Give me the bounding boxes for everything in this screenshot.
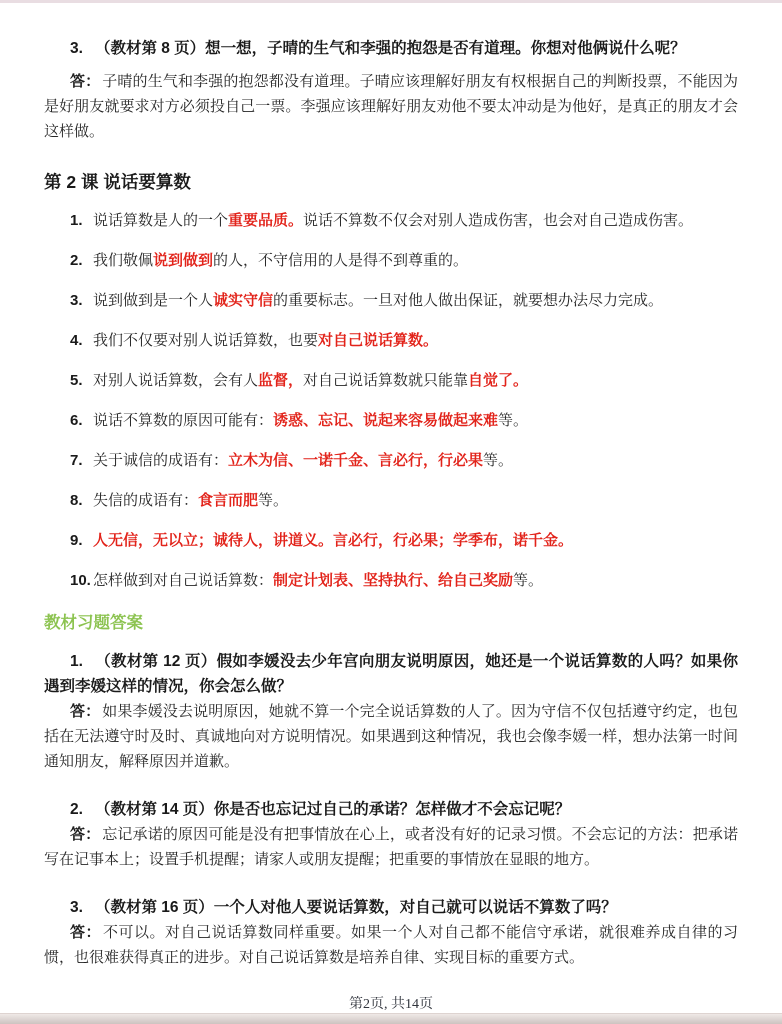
point-number: 2. xyxy=(70,251,93,270)
key-point: 9.人无信，无以立；诚待人，讲道义。言必行，行必果；学季布，诺千金。 xyxy=(44,531,738,551)
section-title-exercise-answers: 教材习题答案 xyxy=(44,611,738,635)
document-page: 3.（教材第 8 页）想一想，子晴的生气和李强的抱怨是否有道理。你想对他俩说什么… xyxy=(0,0,782,1015)
point-text: 等。 xyxy=(498,413,528,429)
point-number: 7. xyxy=(70,451,93,470)
question-body: （教材第 8 页）想一想，子晴的生气和李强的抱怨是否有道理。你想对他俩说什么呢？ xyxy=(95,40,686,57)
question-text: 3.（教材第 8 页）想一想，子晴的生气和李强的抱怨是否有道理。你想对他俩说什么… xyxy=(44,36,738,61)
key-point: 10.怎样做到对自己说话算数：制定计划表、坚持执行、给自己奖励等。 xyxy=(44,571,738,591)
key-point: 6.说话不算数的原因可能有：诱惑、忘记、说起来容易做起来难等。 xyxy=(44,411,738,431)
point-number: 5. xyxy=(70,371,93,390)
point-text: 的重要标志。一旦对他人做出保证，就要想办法尽力完成。 xyxy=(273,293,663,309)
highlighted-text: 人无信，无以立；诚待人，讲道义。言必行，行必果；学季布，诺千金。 xyxy=(93,532,573,549)
answer-label: 答： xyxy=(70,924,101,941)
highlighted-text: 食言而肥 xyxy=(198,492,258,509)
question-number: 1. xyxy=(70,653,83,670)
point-number: 3. xyxy=(70,291,93,310)
point-number: 6. xyxy=(70,411,93,430)
point-text: 等。 xyxy=(513,573,543,589)
qa-block: 3.（教材第 16 页）一个人对他人要说话算数，对自己就可以说话不算数了吗？答：… xyxy=(44,895,738,971)
key-point: 2.我们敬佩说到做到的人，不守信用的人是得不到尊重的。 xyxy=(44,251,738,271)
qa-block: 2.（教材第 14 页）你是否也忘记过自己的承诺？怎样做才不会忘记呢？答：忘记承… xyxy=(44,797,738,873)
question-text: 1.（教材第 12 页）假如李媛没去少年宫向朋友说明原因，她还是一个说话算数的人… xyxy=(44,649,738,699)
point-text: 我们敬佩 xyxy=(93,253,153,269)
point-text: 失信的成语有： xyxy=(93,493,198,509)
point-number: 8. xyxy=(70,491,93,510)
key-point: 8.失信的成语有：食言而肥等。 xyxy=(44,491,738,511)
answer-text: 答：子晴的生气和李强的抱怨都没有道理。子晴应该理解好朋友有权根据自己的判断投票，… xyxy=(44,69,738,145)
highlighted-text: 立木为信、一诺千金、言必行，行必果 xyxy=(228,452,483,469)
point-text: 怎样做到对自己说话算数： xyxy=(93,573,273,589)
question-text: 2.（教材第 14 页）你是否也忘记过自己的承诺？怎样做才不会忘记呢？ xyxy=(44,797,738,822)
point-text: 我们不仅要对别人说话算数，也要 xyxy=(93,333,318,349)
answer-body: 子晴的生气和李强的抱怨都没有道理。子晴应该理解好朋友有权根据自己的判断投票，不能… xyxy=(44,74,738,140)
lesson-title: 第 2 课 说话要算数 xyxy=(44,169,738,195)
question-text: 3.（教材第 16 页）一个人对他人要说话算数，对自己就可以说话不算数了吗？ xyxy=(44,895,738,920)
answer-label: 答： xyxy=(70,73,100,90)
highlighted-text: 重要品质。 xyxy=(228,212,303,229)
highlighted-text: 自觉了。 xyxy=(468,372,528,389)
answer-label: 答： xyxy=(70,703,100,720)
qa-block-prev-lesson: 3.（教材第 8 页）想一想，子晴的生气和李强的抱怨是否有道理。你想对他俩说什么… xyxy=(44,36,738,145)
answer-text: 答：如果李媛没去说明原因，她就不算一个完全说话算数的人了。因为守信不仅包括遵守约… xyxy=(44,699,738,775)
point-text: 说到做到是一个人 xyxy=(93,293,213,309)
highlighted-text: 诚实守信 xyxy=(213,292,273,309)
exercise-qa-list: 1.（教材第 12 页）假如李媛没去少年宫向朋友说明原因，她还是一个说话算数的人… xyxy=(44,649,738,971)
point-number: 10. xyxy=(70,571,93,590)
point-text: 等。 xyxy=(483,453,513,469)
highlighted-text: 说到做到 xyxy=(153,252,213,269)
key-point: 7.关于诚信的成语有：立木为信、一诺千金、言必行，行必果等。 xyxy=(44,451,738,471)
point-text: 的人，不守信用的人是得不到尊重的。 xyxy=(213,253,468,269)
point-text: 对别人说话算数，会有人 xyxy=(93,373,258,389)
point-text: 等。 xyxy=(258,493,288,509)
point-text: 说话算数是人的一个 xyxy=(93,213,228,229)
point-number: 1. xyxy=(70,211,93,230)
highlighted-text: 制定计划表、坚持执行、给自己奖励 xyxy=(273,572,513,589)
point-text: 对自己说话算数就只能靠 xyxy=(303,373,468,389)
point-number: 4. xyxy=(70,331,93,350)
question-number: 3. xyxy=(70,899,83,916)
key-point: 3.说到做到是一个人诚实守信的重要标志。一旦对他人做出保证，就要想办法尽力完成。 xyxy=(44,291,738,311)
highlighted-text: 监督， xyxy=(258,372,303,389)
key-point: 4.我们不仅要对别人说话算数，也要对自己说话算数。 xyxy=(44,331,738,351)
qa-block: 1.（教材第 12 页）假如李媛没去少年宫向朋友说明原因，她还是一个说话算数的人… xyxy=(44,649,738,775)
page-number-footer: 第2页, 共14页 xyxy=(44,995,738,1015)
highlighted-text: 对自己说话算数。 xyxy=(318,332,438,349)
key-points-list: 1.说话算数是人的一个重要品质。说话不算数不仅会对别人造成伤害，也会对自己造成伤… xyxy=(44,211,738,591)
answer-text: 答：忘记承诺的原因可能是没有把事情放在心上，或者没有好的记录习惯。不会忘记的方法… xyxy=(44,822,738,873)
question-number: 2. xyxy=(70,801,83,818)
question-number: 3. xyxy=(70,40,83,57)
point-text: 说话不算数不仅会对别人造成伤害，也会对自己造成伤害。 xyxy=(303,213,693,229)
page-bottom-edge xyxy=(0,1013,782,1024)
point-text: 关于诚信的成语有： xyxy=(93,453,228,469)
key-point: 5.对别人说话算数，会有人监督，对自己说话算数就只能靠自觉了。 xyxy=(44,371,738,391)
point-number: 9. xyxy=(70,531,93,550)
point-text: 说话不算数的原因可能有： xyxy=(93,413,273,429)
highlighted-text: 诱惑、忘记、说起来容易做起来难 xyxy=(273,412,498,429)
key-point: 1.说话算数是人的一个重要品质。说话不算数不仅会对别人造成伤害，也会对自己造成伤… xyxy=(44,211,738,231)
answer-label: 答： xyxy=(70,826,100,843)
answer-text: 答：不可以。对自己说话算数同样重要。如果一个人对自己都不能信守承诺，就很难养成自… xyxy=(44,920,738,971)
